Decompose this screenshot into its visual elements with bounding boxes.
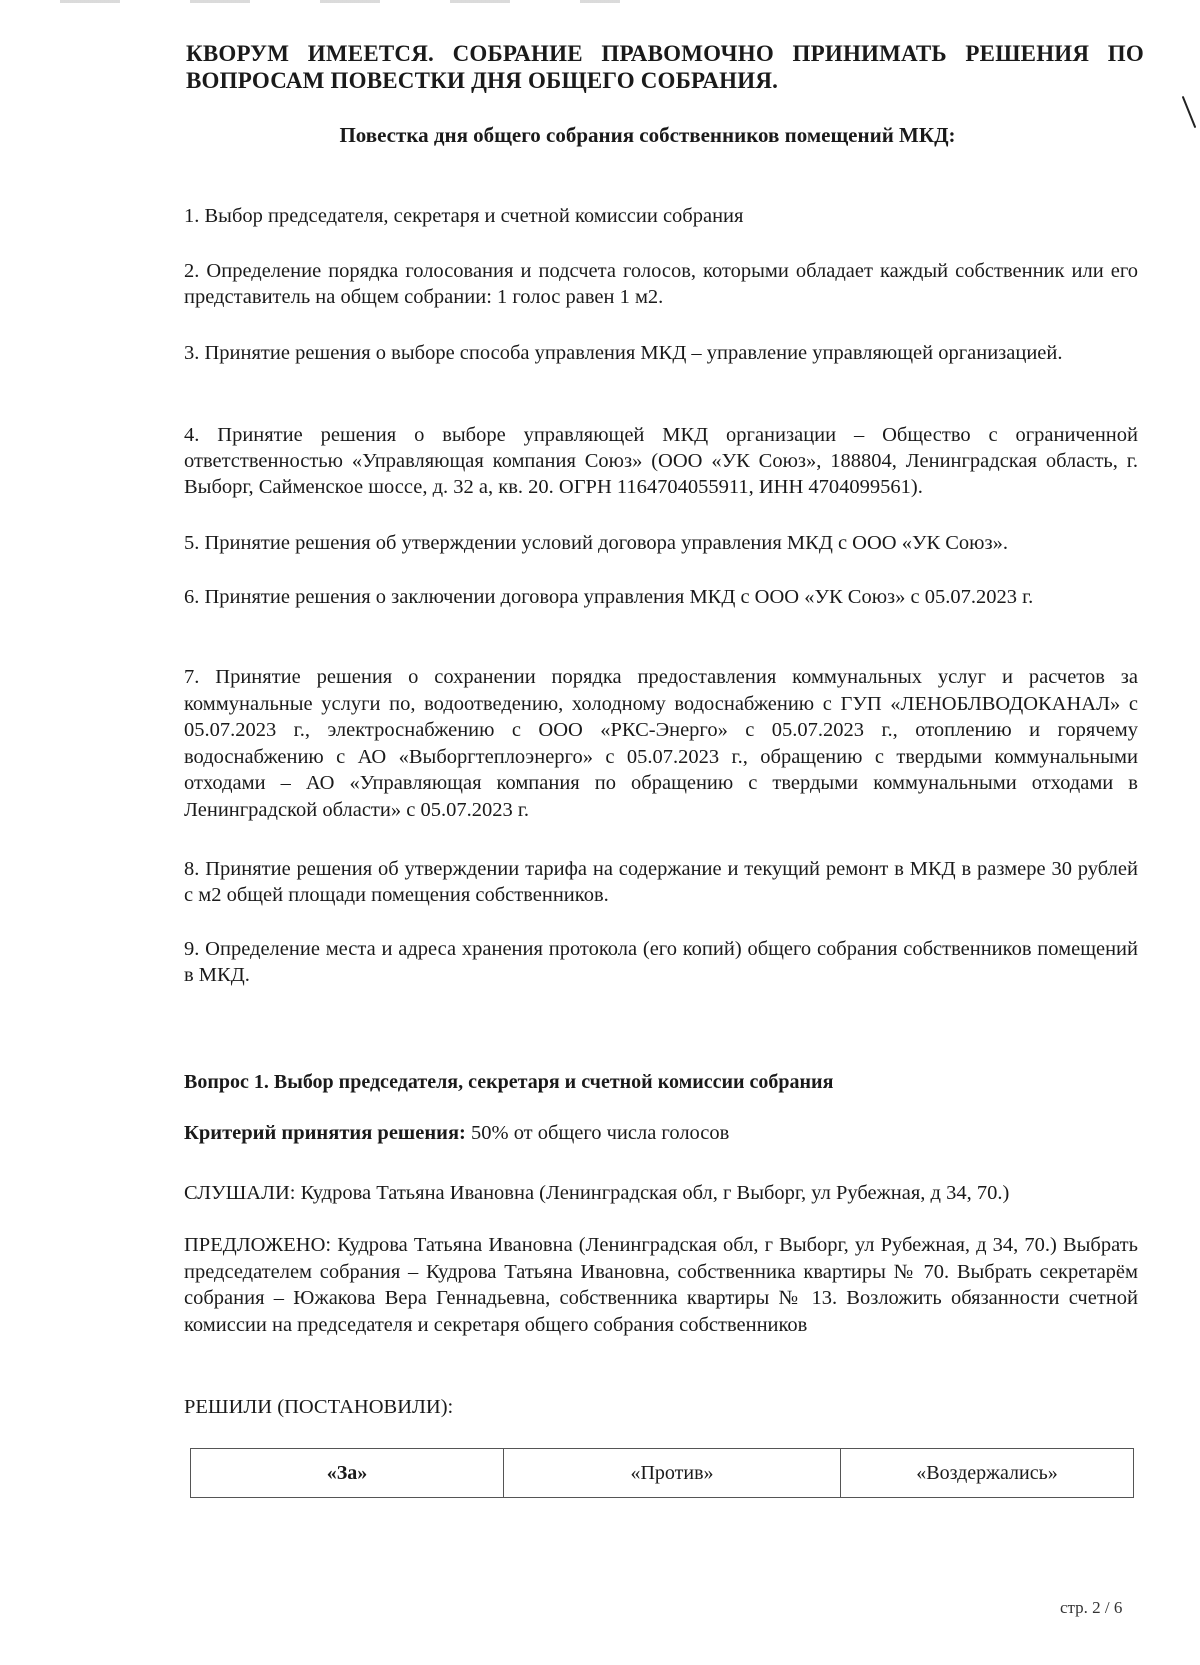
heard-statement: СЛУШАЛИ: Кудрова Татьяна Ивановна (Ленин…: [184, 1182, 1138, 1205]
agenda-item-5: 5. Принятие решения об утверждении услов…: [184, 530, 1138, 556]
agenda-item-7: 7. Принятие решения о сохранении порядка…: [184, 664, 1138, 823]
agenda-item-3: 3. Принятие решения о выборе способа упр…: [184, 340, 1138, 366]
decided-heading: РЕШИЛИ (ПОСТАНОВИЛИ):: [184, 1396, 453, 1419]
agenda-item-1: 1. Выбор председателя, секретаря и счетн…: [184, 203, 1138, 229]
vote-abstain-header: «Воздержались»: [841, 1449, 1134, 1498]
proposed-statement: ПРЕДЛОЖЕНО: Кудрова Татьяна Ивановна (Ле…: [184, 1232, 1138, 1338]
scan-artifact: [60, 0, 620, 3]
vote-table: «За» «Против» «Воздержались»: [190, 1448, 1134, 1498]
agenda-item-2: 2. Определение порядка голосования и под…: [184, 258, 1138, 310]
decision-criterion: Критерий принятия решения: 50% от общего…: [184, 1122, 729, 1145]
agenda-item-6: 6. Принятие решения о заключении договор…: [184, 584, 1138, 610]
agenda-item-9: 9. Определение места и адреса хранения п…: [184, 936, 1138, 988]
criterion-label: Критерий принятия решения:: [184, 1122, 466, 1144]
question-1-title: Вопрос 1. Выбор председателя, секретаря …: [184, 1071, 833, 1094]
criterion-value: 50% от общего числа голосов: [466, 1122, 729, 1144]
page-number: стр. 2 / 6: [1060, 1598, 1122, 1618]
quorum-statement: КВОРУМ ИМЕЕТСЯ. СОБРАНИЕ ПРАВОМОЧНО ПРИН…: [186, 40, 1144, 94]
vote-for-header: «За»: [191, 1449, 504, 1498]
agenda-item-8: 8. Принятие решения об утверждении тариф…: [184, 856, 1138, 908]
agenda-item-4: 4. Принятие решения о выборе управляющей…: [184, 422, 1138, 500]
agenda-title: Повестка дня общего собрания собственник…: [0, 123, 1200, 148]
vote-against-header: «Против»: [504, 1449, 841, 1498]
